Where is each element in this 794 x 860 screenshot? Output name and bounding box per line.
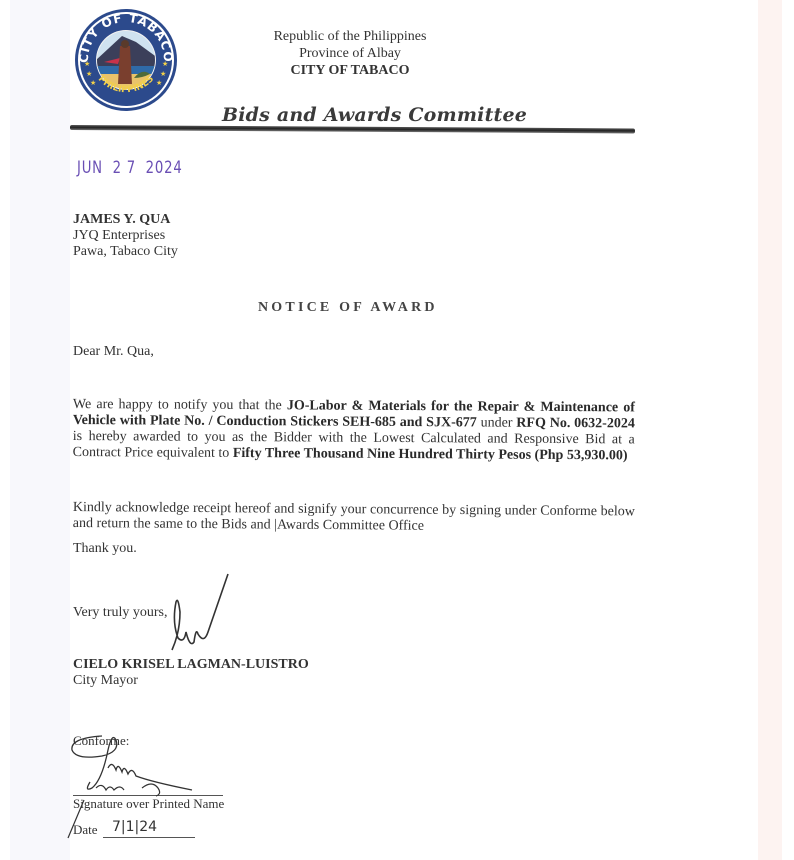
addressee-block: JAMES Y. QUA JYQ Enterprises Pawa, Tabac… [73, 212, 178, 260]
addressee-company: JYQ Enterprises [73, 228, 178, 244]
stamp-month: JUN [77, 158, 103, 178]
city-line: CITY OF TABACO [230, 62, 470, 79]
svg-text:★: ★ [86, 70, 92, 78]
signatory-block: CIELO KRISEL LAGMAN-LUISTRO City Mayor [73, 657, 309, 689]
addressee-name: JAMES Y. QUA [73, 212, 178, 228]
svg-text:★: ★ [160, 70, 166, 78]
award-text: We are happy to notify you that the [73, 397, 287, 413]
award-text: under [477, 415, 517, 430]
province-line: Province of Albay [230, 45, 470, 62]
rfq-number: RFQ No. 0632-2024 [516, 416, 635, 432]
award-paragraph: We are happy to notify you that the JO-L… [73, 397, 635, 464]
mayor-signature-icon [150, 572, 240, 662]
svg-text:★: ★ [84, 60, 90, 68]
document-title: NOTICE OF AWARD [258, 300, 438, 316]
conforme-signature-icon [62, 730, 232, 840]
svg-text:★: ★ [162, 60, 168, 68]
contract-price: Fifty Three Thousand Nine Hundred Thirty… [233, 446, 628, 463]
republic-line: Republic of the Philippines [230, 28, 470, 45]
document-page: CITY OF TABACO PHILIPPINES ★★★ ★★★ Repub… [0, 0, 794, 860]
svg-text:★: ★ [156, 79, 162, 87]
salutation: Dear Mr. Qua, [73, 344, 154, 360]
svg-text:★: ★ [90, 79, 96, 87]
header-rule [70, 125, 635, 133]
city-of-tabaco-seal-icon: CITY OF TABACO PHILIPPINES ★★★ ★★★ [74, 8, 178, 112]
thanks-line: Thank you. [73, 541, 137, 557]
stamp-year: 2024 [146, 158, 183, 178]
acknowledge-paragraph: Kindly acknowledge receipt hereof and si… [73, 500, 635, 536]
signatory-name: CIELO KRISEL LAGMAN-LUISTRO [73, 657, 309, 673]
signatory-position: City Mayor [73, 673, 309, 689]
letterhead-text: Republic of the Philippines Province of … [230, 28, 470, 79]
addressee-address: Pawa, Tabaco City [73, 244, 178, 260]
date-stamp: JUN 2 7 2024 [77, 158, 187, 178]
committee-heading: Bids and Awards Committee [222, 104, 527, 126]
stamp-day: 2 7 [113, 158, 136, 178]
